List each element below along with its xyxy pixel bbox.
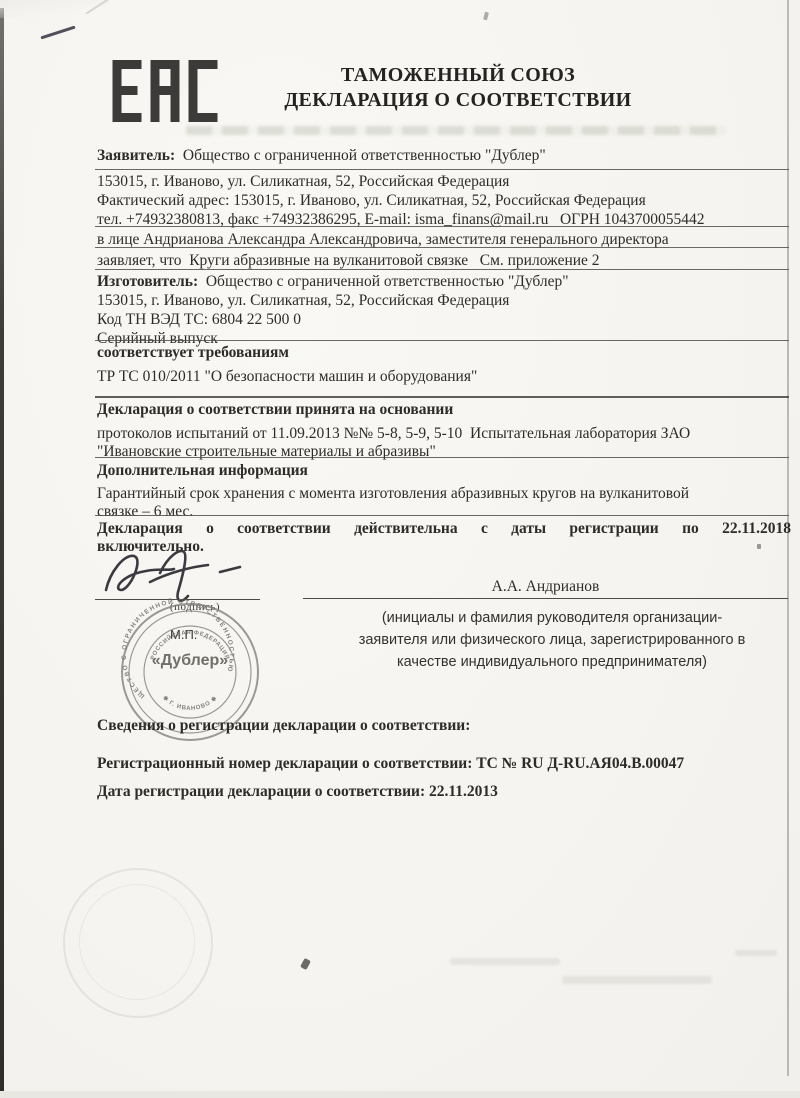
tn-ved-code: Код ТН ВЭД ТС: 6804 22 500 0 [97, 310, 301, 329]
compliance-heading: соответствует требованиям [97, 343, 289, 362]
rule [95, 226, 789, 227]
doc-title-line2: ДЕКЛАРАЦИЯ О СООТВЕТСТВИИ [198, 88, 718, 112]
basis-heading: Декларация о соответствии принята на осн… [97, 400, 453, 419]
additional-heading: Дополнительная информация [97, 461, 308, 480]
applicant-name: Общество с ограниченной ответственностью… [183, 147, 546, 164]
page-left-edge [0, 8, 4, 1092]
basis-line1: протоколов испытаний от 11.09.2013 №№ 5-… [97, 424, 690, 443]
manufacturer-row: Изготовитель: Общество с ограниченной от… [97, 272, 569, 291]
registration-date: Дата регистрации декларации о соответств… [97, 782, 498, 801]
rule [95, 515, 789, 516]
stamp-inner-bottom-text: ✱ Г. ИВАНОВО ✱ [161, 695, 219, 712]
name-caption-line3: качестве индивидуального предпринимателя… [332, 651, 772, 673]
rule [95, 247, 789, 248]
rule [95, 169, 789, 170]
applicant-address-2: Фактический адрес: 153015, г. Иваново, у… [97, 191, 646, 210]
applicant-row: Заявитель: Общество с ограниченной ответ… [97, 146, 546, 165]
validity-line1: Декларация о соответствии действительна … [97, 519, 791, 538]
scan-speck [483, 12, 489, 21]
ghost-stamp-impression-inner [79, 884, 195, 1000]
manufacturer-name: Общество с ограниченной ответственностью… [206, 273, 569, 290]
scan-smudge [450, 958, 560, 965]
registration-number: Регистрационный номер декларации о соотв… [97, 754, 684, 773]
name-caption-line1: (инициалы и фамилия руководителя организ… [332, 607, 772, 629]
compliance-value: ТР ТС 010/2011 "О безопасности машин и о… [97, 367, 477, 386]
applicant-label: Заявитель: [97, 147, 175, 164]
scan-speck [757, 544, 761, 549]
svg-text:✱ Г. ИВАНОВО ✱: ✱ Г. ИВАНОВО ✱ [161, 695, 219, 712]
scan-smudge [562, 976, 712, 984]
scanned-declaration-page: { "header": { "eac_mark": "eac-logo", "t… [0, 0, 800, 1098]
rule [95, 269, 789, 270]
rule [95, 457, 789, 458]
pen-mark [40, 26, 75, 40]
rule [95, 396, 789, 398]
page-bottom-edge [0, 1091, 800, 1098]
name-caption-line2: заявителя или физического лица, зарегист… [332, 629, 772, 651]
stamp-center-text: «Дублер» [140, 652, 240, 670]
declared-product: заявляет, что Круги абразивные на вулкан… [97, 251, 600, 270]
rule [95, 340, 789, 341]
doc-title-line1: ТАМОЖЕННЫЙ СОЮЗ [198, 63, 718, 87]
scan-speck [300, 958, 311, 970]
registration-heading: Сведения о регистрации декларации о соот… [97, 716, 470, 735]
applicant-address-1: 153015, г. Иваново, ул. Силикатная, 52, … [97, 172, 509, 191]
scan-smudge [735, 950, 777, 956]
name-line [303, 598, 788, 599]
head-name: А.А. Андрианов [303, 577, 788, 596]
manufacturer-label: Изготовитель: [97, 273, 198, 290]
page-right-edge [787, 0, 789, 1076]
manufacturer-address: 153015, г. Иваново, ул. Силикатная, 52, … [97, 291, 509, 310]
additional-line1: Гарантийный срок хранения с момента изго… [97, 484, 689, 503]
ghost-text-line [186, 126, 726, 135]
basis-line2: "Ивановские строительные материалы и абр… [97, 442, 436, 461]
